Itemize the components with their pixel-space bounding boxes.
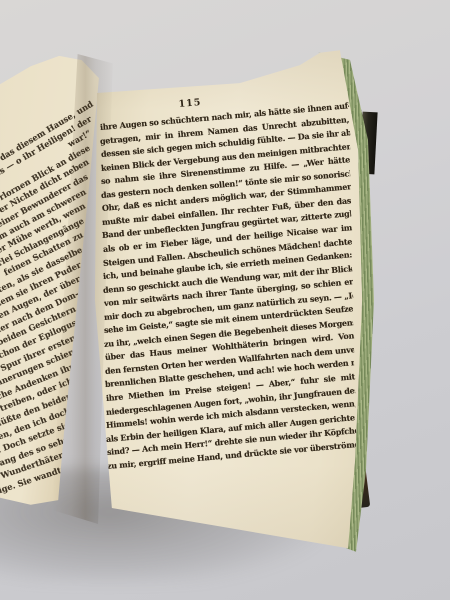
page-number: 115 bbox=[160, 95, 221, 111]
book-photo: n, das diesem Hause, undes — o ihr Heili… bbox=[0, 0, 450, 600]
left-page: n, das diesem Hause, undes — o ihr Heili… bbox=[0, 46, 102, 518]
right-page: 115 ihre Augen so schüchtern nach mir, a… bbox=[85, 43, 377, 558]
